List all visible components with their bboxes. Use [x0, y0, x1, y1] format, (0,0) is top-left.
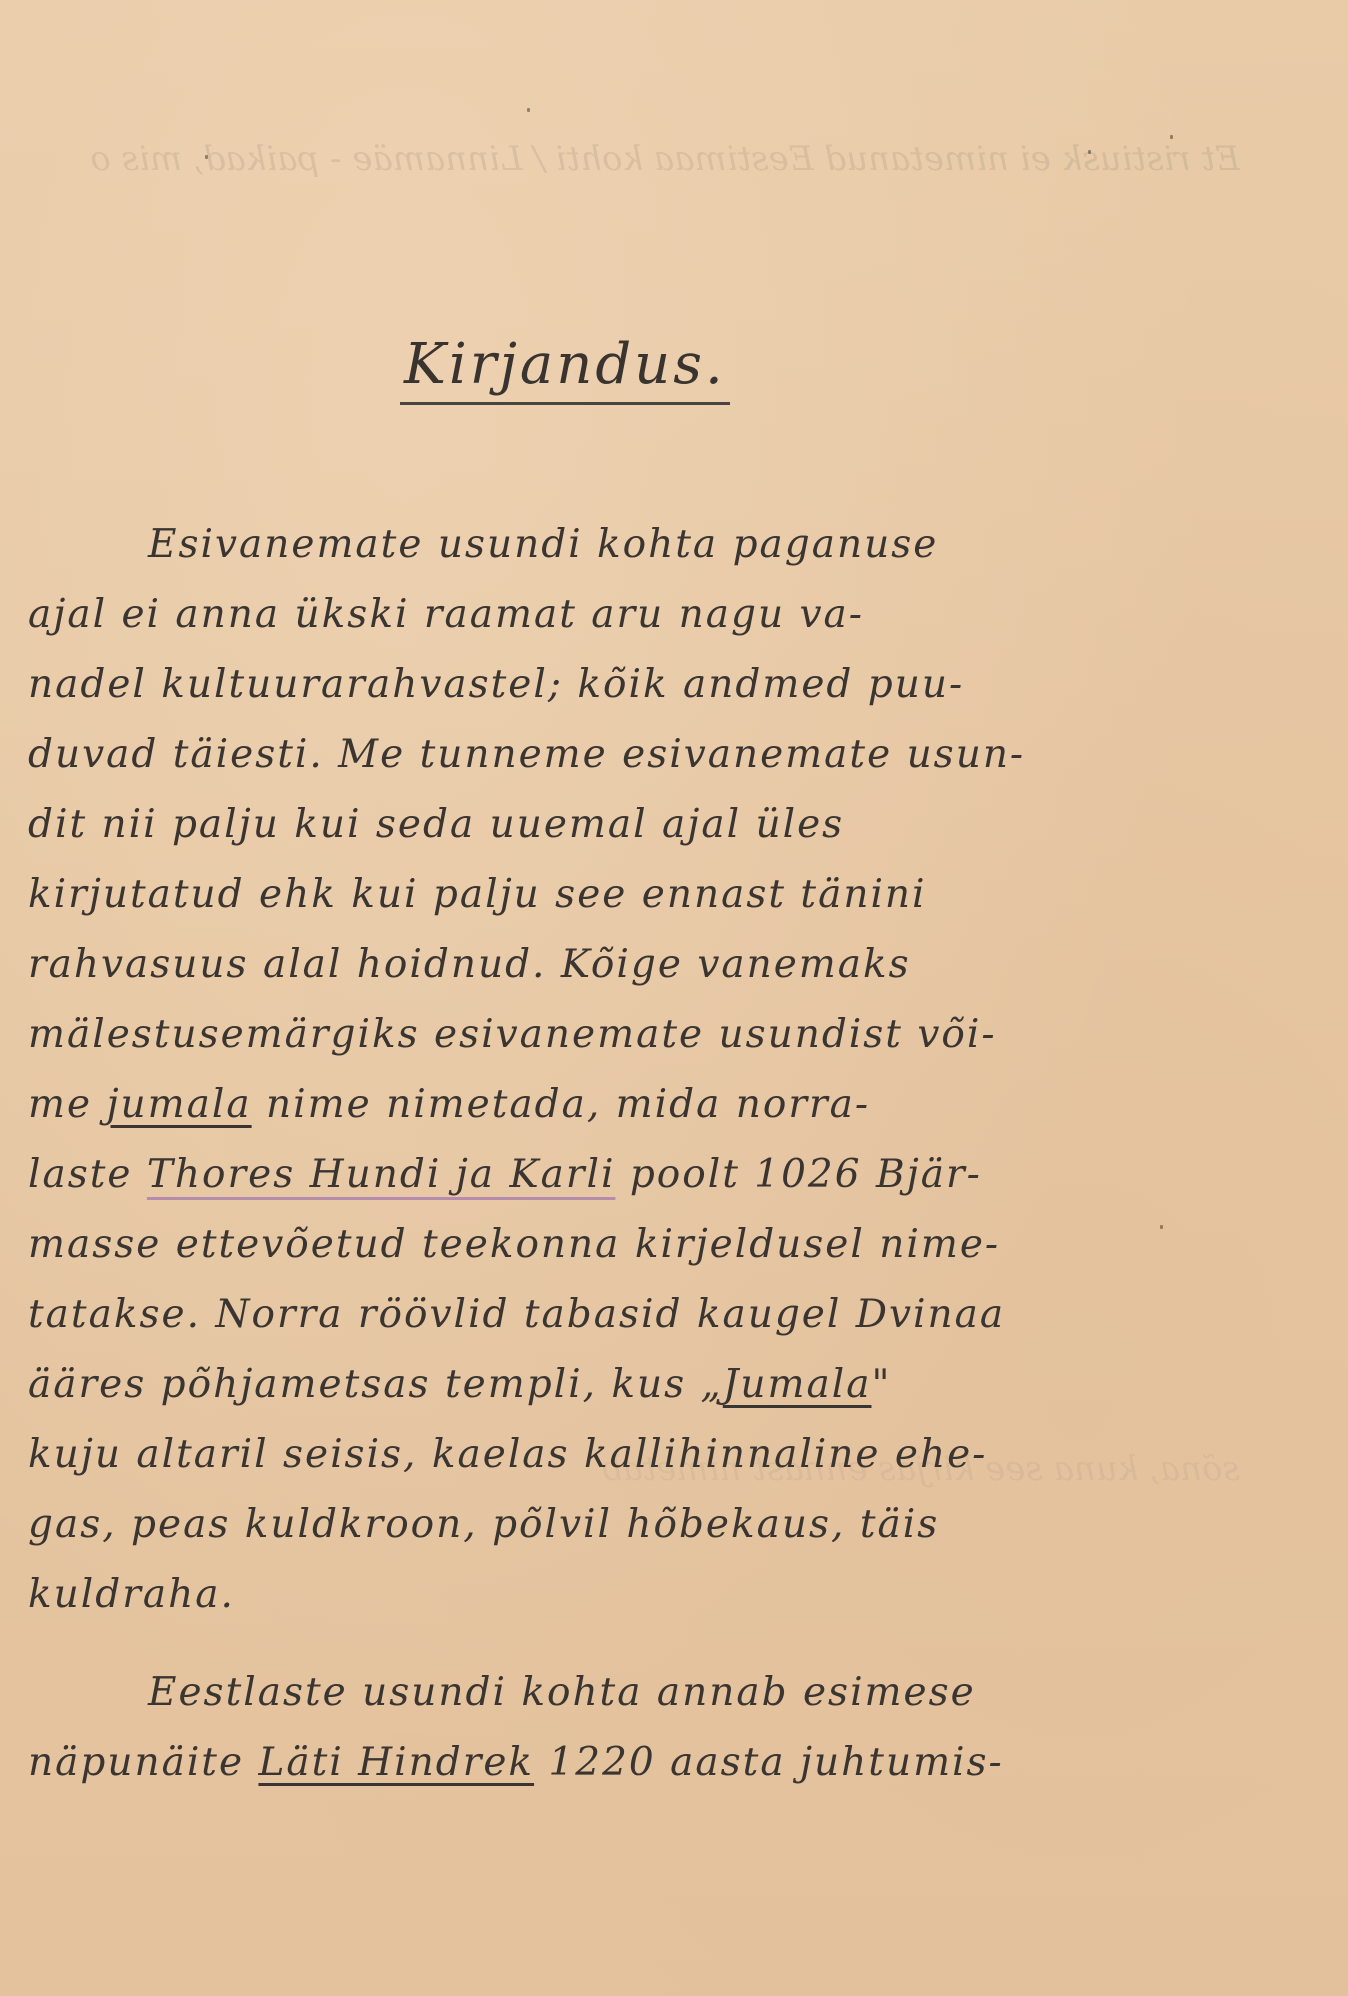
text-line: rahvasuus alal hoidnud. Kõige vanemaks [28, 930, 1328, 1000]
text-line: ääres põhjametsas templi, kus „Jumala" [28, 1350, 1328, 1420]
body-text: Esivanemate usundi kohta paganuse ajal e… [28, 510, 1328, 1798]
paper-page: Et ristiusk ei nimetanud Eestimaa kohti … [0, 0, 1348, 1996]
text-line: dit nii palju kui seda uuemal ajal üles [28, 790, 1328, 860]
text-line: näpunäite Läti Hindrek 1220 aasta juhtum… [28, 1728, 1328, 1798]
text-line: mälestusemärgiks esivanemate usundist võ… [28, 1000, 1328, 1070]
paper-speck [205, 155, 208, 159]
paper-speck [527, 108, 530, 112]
text-line: Eestlaste usundi kohta annab esimese [28, 1658, 1328, 1728]
text-line: tatakse. Norra röövlid tabasid kaugel Dv… [28, 1280, 1328, 1350]
text-segment: laste [28, 1152, 147, 1197]
underlined-term-lati-hindrek: Läti Hindrek [258, 1740, 534, 1785]
text-line: Esivanemate usundi kohta paganuse [28, 510, 1328, 580]
text-segment: " [871, 1362, 891, 1407]
underlined-term-jumala-quoted: Jumala [723, 1362, 872, 1407]
text-line: kuldraha. [28, 1560, 1328, 1630]
text-line: nadel kultuurarahvastel; kõik andmed puu… [28, 650, 1328, 720]
text-line: masse ettevõetud teekonna kirjeldusel ni… [28, 1210, 1328, 1280]
text-segment: me [28, 1082, 106, 1127]
text-line: duvad täiesti. Me tunneme esivanemate us… [28, 720, 1328, 790]
underlined-term-jumala: jumala [106, 1082, 251, 1127]
text-line: kirjutatud ehk kui palju see ennast täni… [28, 860, 1328, 930]
text-line: me jumala nime nimetada, mida norra- [28, 1070, 1328, 1140]
paper-speck [1160, 1225, 1163, 1229]
text-line: kuju altaril seisis, kaelas kallihinnali… [28, 1420, 1328, 1490]
text-segment: ääres põhjametsas templi, kus „ [28, 1362, 723, 1407]
paper-speck [1170, 135, 1173, 139]
text-segment: näpunäite [28, 1740, 258, 1785]
text-line: ajal ei anna ükski raamat aru nagu va- [28, 580, 1328, 650]
text-segment: 1220 aasta juhtumis- [534, 1740, 1004, 1785]
paper-speck [1088, 150, 1091, 154]
text-segment: poolt 1026 Bjär- [615, 1152, 981, 1197]
underlined-term-thores-hundi-karli: Thores Hundi ja Karli [147, 1152, 616, 1197]
page-title: Kirjandus. [400, 330, 730, 405]
text-line: laste Thores Hundi ja Karli poolt 1026 B… [28, 1140, 1328, 1210]
text-segment: nime nimetada, mida norra- [252, 1082, 870, 1127]
text-line: gas, peas kuldkroon, põlvil hõbekaus, tä… [28, 1490, 1328, 1560]
